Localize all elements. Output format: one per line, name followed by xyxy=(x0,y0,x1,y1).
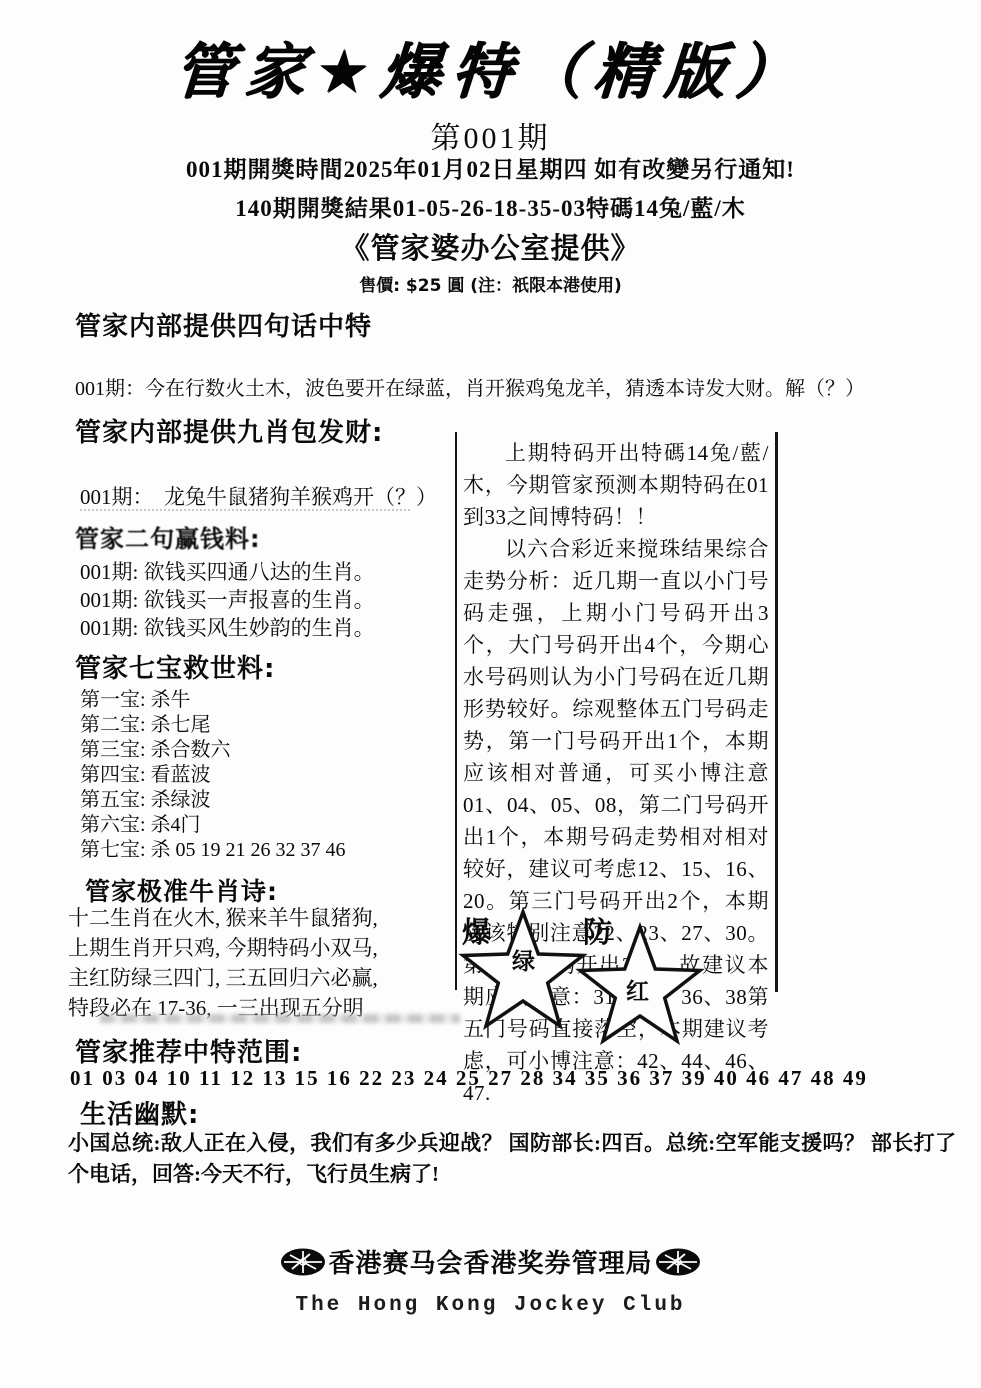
two-sentence-line: 001期: 欲钱买风生妙韵的生肖。 xyxy=(80,612,375,642)
heading-seven-treasures: 管家七宝救世料: xyxy=(75,648,275,685)
heading-humor: 生活幽默: xyxy=(80,1094,199,1131)
treasure-item: 第五宝: 杀绿波 xyxy=(80,788,211,813)
jockey-club-logo-icon xyxy=(655,1247,701,1277)
draw-time-line: 001期開獎時間2025年01月02日星期四 如有改變另行通知! xyxy=(0,151,981,184)
panel-border-right xyxy=(775,432,778,992)
footer-logo-row: 香港赛马会香港奖券管理局 xyxy=(0,1243,981,1280)
masthead-title: 管家★爆特（精版） xyxy=(0,24,981,110)
poem-line: 主红防绿三四门, 三五回归六必赢, xyxy=(68,963,378,993)
treasure-item: 第二宝: 杀七尾 xyxy=(80,713,211,738)
treasure-item: 第四宝: 看蓝波 xyxy=(80,763,211,788)
poem-line: 十二生肖在火木, 猴来羊牛鼠猪狗, xyxy=(68,903,378,933)
recommend-numbers: 01 03 04 10 11 12 13 15 16 22 23 24 25 2… xyxy=(70,1066,868,1091)
jockey-club-logo-icon xyxy=(280,1247,326,1277)
star-inner-green: 绿 xyxy=(512,943,535,976)
heading-two-sentence: 管家二句赢钱料: xyxy=(75,519,261,554)
treasure-item: 第一宝: 杀牛 xyxy=(80,688,191,713)
footer-org-chinese: 香港赛马会香港奖券管理局 xyxy=(328,1243,652,1280)
footer-org-english: The Hong Kong Jockey Club xyxy=(0,1294,981,1317)
four-sentence-line: 001期：今在行数火土木，波色要开在绿蓝，肖开猴鸡兔龙羊，猜透本诗发大财。解（？… xyxy=(75,372,865,401)
scan-artifact-dotline xyxy=(80,505,410,511)
star-label-bao: 爆 xyxy=(462,910,491,951)
two-sentence-line: 001期: 欲钱买一声报喜的生肖。 xyxy=(80,584,375,614)
treasure-item: 第七宝: 杀 05 19 21 26 32 37 46 xyxy=(80,838,346,863)
star-inner-red: 红 xyxy=(626,973,649,1006)
heading-nine-zodiac: 管家内部提供九肖包发财: xyxy=(75,412,383,449)
last-result-line: 140期開獎結果01-05-26-18-35-03特碼14兔/藍/木 xyxy=(0,190,981,223)
star-label-fang: 防 xyxy=(583,910,612,951)
treasure-item: 第三宝: 杀合数六 xyxy=(80,738,231,763)
office-provider-line: 《管家婆办公室提供》 xyxy=(0,226,981,267)
scan-artifact-smudge xyxy=(100,1014,460,1023)
heading-recommend-range: 管家推荐中特范围: xyxy=(75,1032,302,1069)
lottery-tip-sheet: 管家★爆特（精版） 第001期 001期開獎時間2025年01月02日星期四 如… xyxy=(0,0,981,1388)
heading-four-sentence: 管家内部提供四句话中特 xyxy=(75,306,372,343)
two-sentence-line: 001期: 欲钱买四通八达的生肖。 xyxy=(80,556,375,586)
humor-text: 小国总统:敌人正在入侵，我们有多少兵迎战？ 国防部长:四百。总统:空军能支援吗？… xyxy=(68,1128,956,1190)
price-line: 售價: $25 圓 (注：祇限本港使用) xyxy=(0,271,981,296)
treasure-item: 第六宝: 杀4门 xyxy=(80,813,201,838)
analysis-paragraph-1: 上期特码开出特碼14兔/藍/木，今期管家预测本期特码在01到33之间博特码！！ xyxy=(463,437,769,533)
poem-line: 上期生肖开只鸡, 今期特码小双马, xyxy=(68,933,378,963)
